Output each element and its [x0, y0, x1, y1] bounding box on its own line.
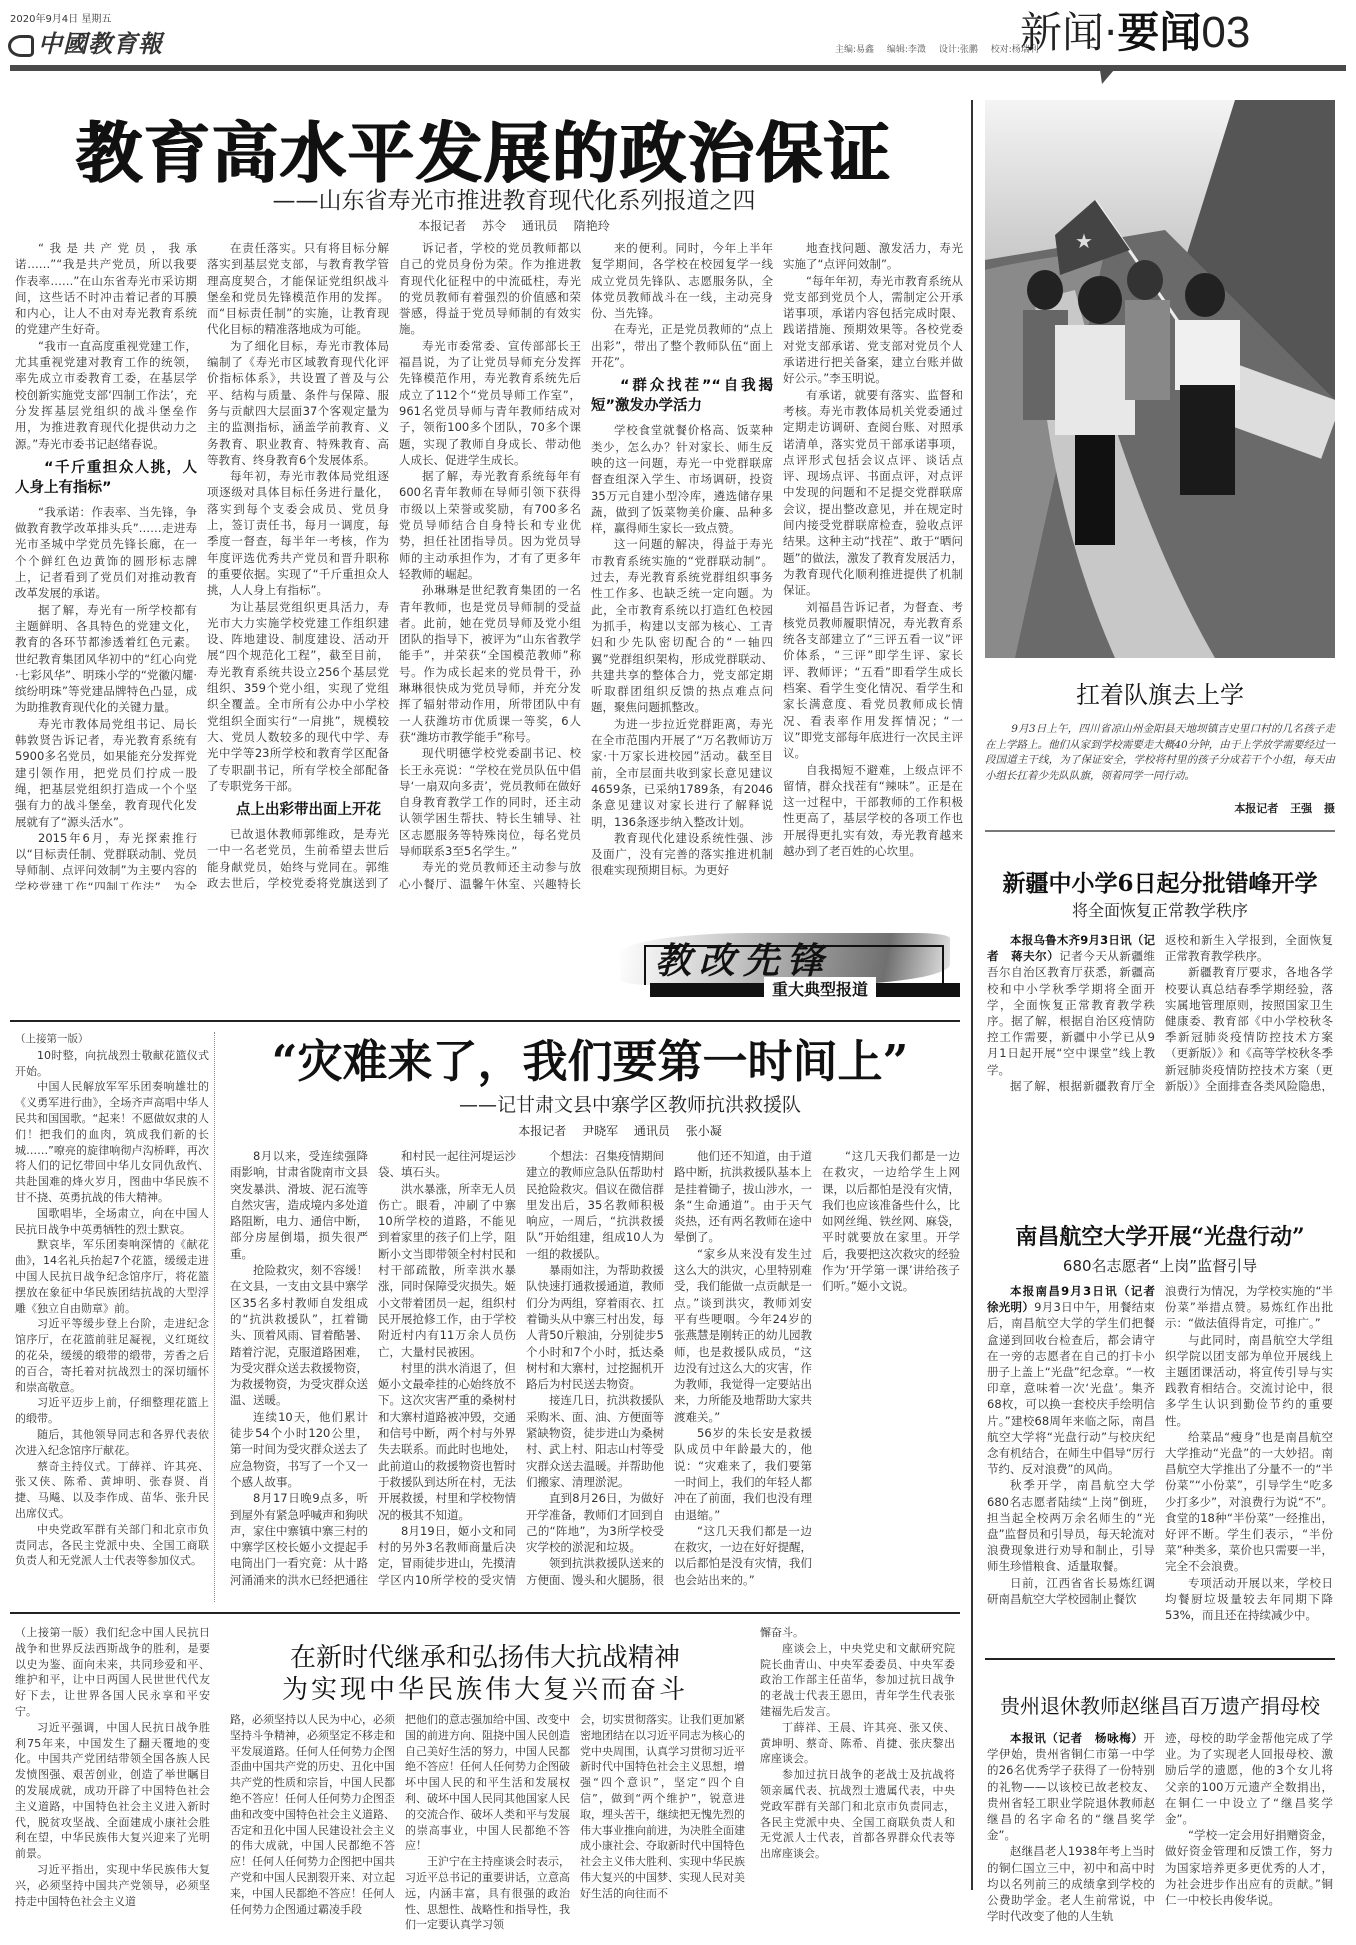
paragraph: 返校和新生入学报到，全面恢复正常教育教学秩序。 — [1165, 932, 1333, 964]
paragraph: “我是共产党员，我承诺……”“我是共产党员，所以我要作表率……”在山东省寿光市采… — [15, 240, 197, 338]
byline-name: 苏令 — [482, 219, 506, 233]
flood-article-body: 8月以来，受连续强降雨影响，甘肃省陇南市文县突发暴洪、滑坡、泥石流等自然灾害，造… — [225, 1148, 965, 1588]
paragraph: 路，必须坚持以人民为中心，必须坚持斗争精神，必须坚定不移走和平发展道路。任何人任… — [230, 1712, 395, 1917]
continued-marker: （上接第一版） — [15, 1626, 96, 1639]
paragraph: 个想法：召集疫情期间建立的教师应急队伍帮助村民抢险救灾。倡议在微信群里发出后，3… — [526, 1148, 664, 1262]
paragraph: 为了细化目标，寿光市教体局编制了《寿光市区域教育现代化评价指标体系》，共设置了普… — [207, 338, 389, 468]
masthead: 2020年9月4日 星期五 中國教育報 主编:易鑫 编辑:李澂 设计:张鹏 校对… — [0, 0, 1356, 80]
article-column: （上接第一版） 10时整，向抗战烈士敬献花篮仪式开始。 中国人民解放军军乐团奏响… — [10, 1032, 215, 1602]
main-headline: 教育高水平发展的政治保证 — [0, 100, 968, 195]
children-with-flag-photo: ★ — [985, 100, 1335, 658]
credit-role: 本报记者 — [1234, 802, 1278, 815]
section-divider — [10, 1612, 960, 1614]
paragraph: 8月以来，受连续强降雨影响，甘肃省陇南市文县突发暴洪、滑坡、泥石流等自然灾害，造… — [230, 1148, 368, 1262]
article-column: 路，必须坚持以人民为中心，必须坚持斗争精神，必须坚定不移走和平发展道路。任何人任… — [225, 1712, 400, 1940]
logo-emblem-icon — [8, 35, 34, 57]
paragraph: 秋季开学，南昌航空大学680名志愿者陆续“上岗”倒班，担当起全校两万余名师生的“… — [987, 1477, 1155, 1574]
paragraph: 习近平迈步上前，仔细整理花篮上的缎带。 — [15, 1395, 209, 1427]
banner-label: 重大典型报道 — [764, 977, 876, 1000]
dateline: 本报讯（记者 杨咏梅） — [1010, 1731, 1144, 1745]
byline-role: 通讯员 — [522, 219, 558, 233]
paragraph: 习近平强调，中国人民抗日战争胜利75年来，中国发生了翻天覆地的变化。中国共产党团… — [15, 1720, 210, 1862]
credit-chief-editor: 主编:易鑫 — [835, 45, 874, 55]
article-column: 返校和新生入学报到，全面恢复正常教育教学秩序。 新疆教育厅要求，各地各学校要认真… — [1160, 932, 1338, 1092]
paragraph: 8月17日晚9点多，听到屋外有紧急呼喊声和狗吠声，家住中寨镇中寨三村的中寨学区校… — [230, 1490, 368, 1588]
paragraph: 自我揭短不避难，上级点评不留情，群众找茬有“辣味”。正是在这一过程中，干部教师的… — [783, 762, 963, 860]
article-column: “这几天我们都是一边在救灾，一边给学生上网课，以后都怕是没有灾情，我们也应该准备… — [817, 1148, 965, 1588]
paragraph: 蔡奇主持仪式。丁薛祥、许其亮、张又侠、陈希、黄坤明、张春贤、肖捷、马飚、以及李作… — [15, 1459, 209, 1522]
paragraph: 新疆教育厅要求，各地各学校要认真总结春季学期经验，落实属地管理原则，按照国家卫生… — [1165, 964, 1333, 1092]
paragraph: 每年初，寿光市教体局党组逐项逐级对具体目标任务进行量化，落实到每个支委会成员、党… — [207, 468, 389, 598]
paragraph: 据了解，寿光有一所学校都有主题鲜明、各具特色的党建文化，教育的各环节都渗透着红色… — [15, 602, 197, 716]
paragraph: 懈奋斗。 — [760, 1625, 955, 1641]
paragraph: 与此同时，南昌航空大学组织学院以团支部为单位开展线上主题团课活动，将宣传引导与实… — [1165, 1332, 1333, 1429]
paragraph-text: 开学伊始，贵州省铜仁市第一中学的26名优秀学子获得了一份特别的礼物——以该校已故… — [987, 1731, 1155, 1842]
paragraph: 暴雨如注，为帮助救援队快速打通救援通道，教师们分为两组，穿着雨衣、扛着锄头从中寨… — [526, 1262, 664, 1392]
paragraph: 默哀毕，军乐团奏响深情的《献花曲》，14名礼兵抬起7个花篮，缓缓走进中国人民抗日… — [15, 1237, 209, 1316]
paragraph: 已故退休教师郭维政，是寿光一中一名老党员，生前希望去世后能身献党员，始终与党同在… — [207, 826, 389, 890]
paragraph: “这几天我们都是一边在救灾，一边在好好提醒，以后都怕是没有灾情，我们也会站出来的… — [674, 1523, 812, 1588]
article-column: 他们还不知道，由于道路中断，抗洪救援队基本上是挂着锄子，拔山涉水，一条“生命通道… — [669, 1148, 817, 1588]
continued-marker: （上接第一版） — [15, 1032, 209, 1048]
photo-caption-text: 9月3日上午，四川省凉山州金阳县天地坝镇吉史里口村的几名孩子走在上学路上。他们从… — [985, 722, 1335, 784]
paragraph: 56岁的朱长安是救援队成员中年龄最大的，他说：“灾难来了，我们要第一时间上，我们… — [674, 1425, 812, 1523]
paragraph-text: 我们纪念中国人民抗日战争和世界反法西斯战争的胜利，是要以史为鉴、面向未来，共同珍… — [15, 1626, 210, 1718]
paragraph: “学校一定会用好捐赠资金，做好资金管理和反馈工作，努力为国家培养更多更优秀的人才… — [1165, 1827, 1333, 1908]
byline-name: 张小凝 — [686, 1124, 722, 1138]
paragraph: 和村民一起往河堤运沙袋、填石头。 — [378, 1148, 516, 1181]
paragraph: 据了解，寿光教育系统每年有600名青年教师在导师引领下获得市级以上荣誉或奖励，有… — [399, 468, 581, 582]
paragraph: 参加过抗日战争的老战士及抗战将领亲属代表、抗战烈士遗属代表，中央党政军群有关部门… — [760, 1767, 955, 1862]
article-column: 来的便利。同时，今年上半年复学期间，各学校在校园复学一线成立党员先锋队、志愿服务… — [586, 240, 778, 900]
article-column: 诉记者，学校的党员教师都以自己的党员身份为荣。作为推进教育现代化征程中的中流砥柱… — [394, 240, 586, 890]
article-column: （上接第一版）我们纪念中国人民抗日战争和世界反法西斯战争的胜利，是要以史为鉴、面… — [10, 1625, 215, 1940]
flood-byline: 本报记者 尹晓军 通讯员 张小凝 — [220, 1122, 960, 1139]
paragraph: 刘福昌告诉记者，为督查、考核党员教师履职情况，寿光教育系统各支部建立了“三评五看… — [783, 599, 963, 762]
series-banner: 教改先锋 重大典型报道 — [600, 925, 960, 1005]
article-column: 会，切实贯彻落实。让我们更加紧密地团结在以习近平同志为核心的党中央周围，认真学习… — [575, 1712, 750, 1940]
paragraph: “我市一直高度重视党建工作，尤其重视党建对教育工作的统领，率先成立市委教育工委，… — [15, 338, 197, 452]
main-byline: 本报记者 苏令 通讯员 隋艳玲 — [0, 217, 968, 234]
paragraph: 在寿光，正是党员教师的“点上出彩”，带出了整个教师队伍“面上开花”。 — [591, 321, 773, 370]
article-column: 迹，母校的助学金帮他完成了学业。为了实现老人回报母校、激励后学的遗愿，他的3个女… — [1160, 1730, 1338, 1930]
masthead-rule — [10, 65, 1346, 71]
paragraph: 丁薛祥、王晨、许其亮、张又侠、黄坤明、蔡奇、陈希、肖捷、张庆黎出席座谈会。 — [760, 1720, 955, 1767]
paragraph: 教育现代化建设系统性强、涉及面广，没有完善的落实推进机制很难实现预期目标。为更好 — [591, 830, 773, 879]
paragraph-text: 记者今天从新疆维吾尔自治区教育厅获悉，新疆高校和中小学秋季学期将全面开学，全面恢… — [987, 949, 1155, 1076]
paragraph: 国歌唱毕，全场肃立，向在中国人民抗日战争中英勇牺牲的烈士默哀。 — [15, 1206, 209, 1238]
section-subheading: “千斤重担众人挑，人人身上有指标” — [15, 458, 197, 498]
paragraph: 村里的洪水消退了，但姬小文最牵挂的心始终放不下。这次灾害严重的桑树村和大寨村道路… — [378, 1360, 516, 1523]
article-column: 8月以来，受连续强降雨影响，甘肃省陇南市文县突发暴洪、滑坡、泥石流等自然灾害，造… — [225, 1148, 373, 1588]
paragraph: 在责任落实。只有将目标分解落实到基层党支部，与教育教学管理高度契合，才能保证党组… — [207, 240, 389, 338]
paragraph: 寿光的党员教师还主动参与放心小餐厅、温馨午休室、兴趣特长课等一系列“延时服务”，… — [399, 859, 581, 890]
paragraph: 这一问题的解决，得益于寿光市教育系统实施的“党群联动制”。过去，寿光教育系统党群… — [591, 536, 773, 715]
paragraph: 领到抗洪救援队送来的方便面、馒头和火腿肠，很多村民非常感激：“路都断了，不知道他… — [526, 1555, 664, 1588]
paragraph: 抢险救灾，刻不容缓！在文县，一支由文县中寨学区35名多村教师自发组成的“抗洪救援… — [230, 1262, 368, 1409]
paragraph: 王沪宁在主持座谈会时表示，习近平总书记的重要讲话，立意高远，内涵丰富，具有很强的… — [405, 1854, 570, 1933]
paragraph: 把他们的意志强加给中国、改变中国的前进方向、阻挠中国人民创造自己美好生活的努力，… — [405, 1712, 570, 1854]
article-column: 浪费行为情况，为学校实施的“半份菜”举措点赞。易炼红作出批示：“做法值得肯定，可… — [1160, 1283, 1338, 1643]
paragraph: 10时整，向抗战烈士敬献花篮仪式开始。 — [15, 1048, 209, 1080]
masthead-notch — [1100, 70, 1114, 84]
continued-sidebar-1: （上接第一版） 10时整，向抗战烈士敬献花篮仪式开始。 中国人民解放军军乐团奏响… — [10, 1032, 220, 1602]
article-column: “我是共产党员，我承诺……”“我是共产党员，所以我要作表率……”在山东省寿光市采… — [10, 240, 202, 890]
paragraph: 中央党政军群有关部门和北京市负责同志，各民主党派中央、全国工商联负责人和无党派人… — [15, 1522, 209, 1569]
paragraph: 给菜品“瘦身”也是南昌航空大学推动“光盘”的一大妙招。南昌航空大学推出了分量不一… — [1165, 1429, 1333, 1575]
paragraph: 习近平等缓步登上台阶，走进纪念馆序厅，在花篮前驻足凝视，义红斑纹的花朵，缓缓的缎… — [15, 1316, 209, 1395]
xinjiang-article-body: 本报乌鲁木齐9月3日讯（记者 蒋夫尔）记者今天从新疆维吾尔自治区教育厅获悉，新疆… — [982, 932, 1338, 1092]
nanchang-headline: 南昌航空大学开展“光盘行动” — [985, 1220, 1335, 1251]
paragraph: 孙琳琳是世纪教育集团的一名青年教师，也是党员导师制的受益者。此前，她在党员导师及… — [399, 582, 581, 745]
paragraph: 诉记者，学校的党员教师都以自己的党员身份为荣。作为推进教育现代化征程中的中流砥柱… — [399, 240, 581, 338]
paragraph: 专项活动开展以来，学校日均餐厨垃圾量较去年同期下降53%，而且还在持续减少中。 — [1165, 1575, 1333, 1624]
article-column: 和村民一起往河堤运沙袋、填石头。 洪水暴涨，所幸无人员伤亡。眼看，冲刷了中寨10… — [373, 1148, 521, 1588]
paragraph: “我承诺：作表率、当先锋，争做教育教学改革排头兵”……走进寿光市圣城中学党员先锋… — [15, 504, 197, 602]
paragraph: 寿光市委常委、宣传部部长王福昌说，为了让党员导师充分发挥先锋模范作用，寿光教育系… — [399, 338, 581, 468]
page-number: 03 — [1201, 8, 1250, 57]
paragraph: 会，切实贯彻落实。让我们更加紧密地团结在以习近平同志为核心的党中央周围，认真学习… — [580, 1712, 745, 1902]
paragraph: 随后，其他领导同志和各界代表依次进入纪念馆序厅献花。 — [15, 1427, 209, 1459]
section-subheading: 点上出彩带出面上开花 — [207, 800, 389, 820]
article-column: 本报南昌9月3日讯（记者 徐光明）9月3日中午，用餐结束后，南昌航空大学的学生们… — [982, 1283, 1160, 1643]
photo-caption-title: 扛着队旗去上学 — [985, 675, 1335, 710]
article-column: 个想法：召集疫情期间建立的教师应急队伍帮助村民抢险救灾。倡议在微信群里发出后，3… — [521, 1148, 669, 1588]
paragraph: 据了解，根据新疆教育厅全面开学安排，全区中小学从9月6日开始，按照先中学后小学、… — [987, 1078, 1155, 1092]
byline-role: 本报记者 — [518, 1124, 566, 1138]
news-photo: ★ — [985, 100, 1335, 658]
paragraph: 有承诺，就要有落实、监督和考核。寿光市教体局机关党委通过定期走访调研、查阅台账、… — [783, 387, 963, 599]
paragraph: 本报乌鲁木齐9月3日讯（记者 蒋夫尔）记者今天从新疆维吾尔自治区教育厅获悉，新疆… — [987, 932, 1155, 1078]
photo-credit: 本报记者 王强 摄 — [985, 800, 1335, 816]
paragraph: 来的便利。同时，今年上半年复学期间，各学校在校园复学一线成立党员先锋队、志愿服务… — [591, 240, 773, 321]
flood-subheadline: ——记甘肃文县中寨学区教师抗洪救援队 — [220, 1090, 960, 1117]
nanchang-subheadline: 680名志愿者“上岗”监督引导 — [985, 1255, 1335, 1276]
headline-line-1: 在新时代继承和弘扬伟大抗战精神 — [220, 1642, 750, 1674]
paragraph: 寿光市教体局党组书记、局长韩敦贤告诉记者，寿光教育系统有5900多名党员，如果能… — [15, 716, 197, 830]
paragraph: “家乡从来没有发生过这么大的洪灾，心里特别难受，我们能做一点贡献是一点。”谈到洪… — [674, 1246, 812, 1425]
paragraph: 为进一步拉近党群距离，寿光在全市范围内开展了“万名教师访万家·十万家长进校园”活… — [591, 716, 773, 830]
paragraph-text: 9月3日中午，用餐结束后，南昌航空大学的学生们把餐盒递到回收台检查后，都会请守在… — [987, 1300, 1155, 1476]
paragraph: 习近平指出，实现中华民族伟大复兴，必须坚持中国共产党领导，必须坚持走中国特色社会… — [15, 1862, 210, 1909]
paragraph: 中国人民解放军军乐团奏响雄壮的《义勇军进行曲》，全场齐声高唱中华人民共和国国歌。… — [15, 1079, 209, 1205]
article-column: 本报乌鲁木齐9月3日讯（记者 蒋夫尔）记者今天从新疆维吾尔自治区教育厅获悉，新疆… — [982, 932, 1160, 1092]
paragraph: 他们还不知道，由于道路中断，抗洪救援队基本上是挂着锄子，拔山涉水，一条“生命通道… — [674, 1148, 812, 1246]
paragraph: 赵继昌老人1938年考上当时的铜仁国立三中，初中和高中时均以名列前三的成绩拿到学… — [987, 1843, 1155, 1924]
paragraph: 接连几日，抗洪救援队采购米、面、油、方便面等紧缺物资，徒步进山为桑树村、武上村、… — [526, 1392, 664, 1490]
newspaper-logo: 中國教育報 — [8, 24, 163, 59]
paragraph: 为让基层党组织更具活力，寿光市大力实施学校党建工作组织建设、阵地建设、制度建设、… — [207, 599, 389, 795]
spirit-headline: 在新时代继承和弘扬伟大抗战精神 为实现中华民族伟大复兴而奋斗 — [220, 1642, 750, 1706]
article-column: 把他们的意志强加给中国、改变中国的前进方向、阻挠中国人民创造自己美好生活的努力，… — [400, 1712, 575, 1940]
section-divider — [985, 830, 1335, 832]
section-divider — [10, 1020, 960, 1022]
byline-name: 尹晓军 — [582, 1124, 618, 1138]
paragraph: “这几天我们都是一边在救灾，一边给学生上网课，以后都怕是没有灾情，我们也应该准备… — [822, 1148, 960, 1295]
paragraph: 迹，母校的助学金帮他完成了学业。为了实现老人回报母校、激励后学的遗愿，他的3个女… — [1165, 1730, 1333, 1827]
main-article-body: “我是共产党员，我承诺……”“我是共产党员，所以我要作表率……”在山东省寿光市采… — [10, 240, 968, 890]
continued-sidebar-2: （上接第一版）我们纪念中国人民抗日战争和世界反法西斯战争的胜利，是要以史为鉴、面… — [10, 1625, 220, 1940]
section-heading: 新闻·要闻03 — [1020, 8, 1250, 58]
byline-role: 本报记者 — [418, 219, 466, 233]
headline-line-2: 为实现中华民族伟大复兴而奋斗 — [220, 1674, 750, 1706]
section-subname: 要闻 — [1117, 8, 1201, 57]
logo-text: 中國教育報 — [38, 29, 163, 58]
section-divider — [985, 1658, 1335, 1660]
paragraph: 本报南昌9月3日讯（记者 徐光明）9月3日中午，用餐结束后，南昌航空大学的学生们… — [987, 1283, 1155, 1477]
paragraph: 本报讯（记者 杨咏梅）开学伊始，贵州省铜仁市第一中学的26名优秀学子获得了一份特… — [987, 1730, 1155, 1843]
article-column: 懈奋斗。 座谈会上，中央党史和文献研究院院长曲青山、中央军委委员、中央军委政治工… — [755, 1625, 960, 1940]
section-subheading: “群众找茬”“自我揭短”激发办学活力 — [591, 376, 773, 416]
nanchang-article-body: 本报南昌9月3日讯（记者 徐光明）9月3日中午，用餐结束后，南昌航空大学的学生们… — [982, 1283, 1338, 1643]
byline-name: 隋艳玲 — [574, 219, 610, 233]
paragraph: 连续10天，他们累计徒步54个小时120公里，第一时间为受灾群众送去了应急物资，… — [230, 1409, 368, 1490]
main-subheadline: ——山东省寿光市推进教育现代化系列报道之四 — [0, 182, 968, 215]
credit-design: 设计:张鹏 — [939, 45, 978, 55]
spirit-article-body: 路，必须坚持以人民为中心，必须坚持斗争精神，必须坚定不移走和平发展道路。任何人任… — [225, 1712, 755, 1940]
paragraph: “每年年初，寿光市教育系统从党支部到党员个人，需制定公开承诺事项，承诺内容包括完… — [783, 273, 963, 387]
credit-name: 王强 — [1290, 802, 1312, 815]
guizhou-headline: 贵州退休教师赵继昌百万遗产捐母校 — [985, 1690, 1335, 1719]
section-name: 新闻· — [1020, 8, 1117, 57]
paragraph: 日前，江西省省长易炼红调研南昌航空大学校园制止餐饮 — [987, 1575, 1155, 1607]
article-column: 地查找问题、激发活力，寿光实施了“点评问效制”。 “每年年初，寿光市教育系统从党… — [778, 240, 968, 900]
paragraph: （上接第一版）我们纪念中国人民抗日战争和世界反法西斯战争的胜利，是要以史为鉴、面… — [15, 1625, 210, 1720]
credit-editor: 编辑:李澂 — [887, 45, 926, 55]
svg-text:★: ★ — [1075, 229, 1093, 253]
paragraph: 地查找问题、激发活力，寿光实施了“点评问效制”。 — [783, 240, 963, 273]
xinjiang-headline: 新疆中小学6日起分批错峰开学 — [985, 865, 1335, 898]
byline-role: 通讯员 — [634, 1124, 670, 1138]
paragraph: 现代明德学校党委副书记、校长王永亮说：“学校在党员队伍中倡导‘一扇双向多责’，党… — [399, 745, 581, 859]
issue-date: 2020年9月4日 星期五 — [10, 10, 111, 25]
editor-credits: 主编:易鑫 编辑:李澂 设计:张鹏 校对:杨瑞利 — [835, 42, 1049, 55]
credit-action: 摄 — [1324, 802, 1335, 815]
spirit-article-right: 懈奋斗。 座谈会上，中央党史和文献研究院院长曲青山、中央军委委员、中央军委政治工… — [755, 1625, 965, 1940]
paragraph: 浪费行为情况，为学校实施的“半份菜”举措点赞。易炼红作出批示：“做法值得肯定，可… — [1165, 1283, 1333, 1332]
paragraph: 洪水暴涨，所幸无人员伤亡。眼看，冲刷了中寨10所学校的道路，不能见到着家里的孩子… — [378, 1181, 516, 1360]
xinjiang-subheadline: 将全面恢复正常教学秩序 — [985, 898, 1335, 921]
paragraph: 学校食堂就餐价格高、饭菜种类少，怎么办？针对家长、师生反映的这一问题，寿光一中党… — [591, 422, 773, 536]
guizhou-article-body: 本报讯（记者 杨咏梅）开学伊始，贵州省铜仁市第一中学的26名优秀学子获得了一份特… — [982, 1730, 1338, 1930]
column-divider — [971, 100, 973, 1890]
flood-headline: “灾难来了，我们要第一时间上” — [220, 1025, 960, 1090]
article-column: 本报讯（记者 杨咏梅）开学伊始，贵州省铜仁市第一中学的26名优秀学子获得了一份特… — [982, 1730, 1160, 1930]
paragraph: 2015年6月，寿光探索推行以“目标责任制、党群联动制、党员导师制、点评问效制”… — [15, 830, 197, 890]
paragraph: 直到8月26日，为做好开学准备，教师们才回到自己的“阵地”，为3所学校受灾学校的… — [526, 1490, 664, 1555]
paragraph: 8月19日，姬小文和同村的另外3名教师商量后决定，冒雨徒步进山，先摸清学区内10… — [378, 1523, 516, 1588]
article-column: 在责任落实。只有将目标分解落实到基层党支部，与教育教学管理高度契合，才能保证党组… — [202, 240, 394, 890]
paragraph: 座谈会上，中央党史和文献研究院院长曲青山、中央军委委员、中央军委政治工作部主任苗… — [760, 1641, 955, 1720]
